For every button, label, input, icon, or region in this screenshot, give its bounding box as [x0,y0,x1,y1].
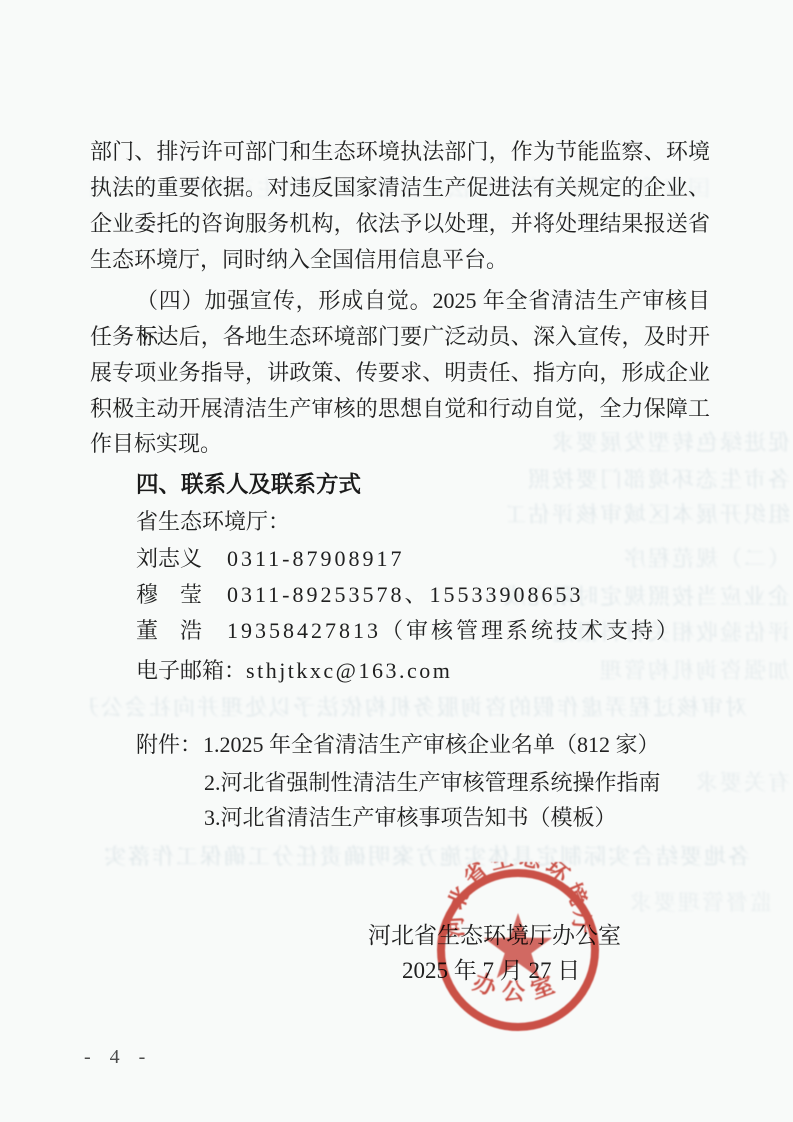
attachment-item: 1.2025 年全省清洁生产审核企业名单（812 家） [203,732,660,757]
attachments-label: 附件： [136,727,202,763]
seal-bottom-text: 办公室 [470,968,566,1004]
contact-name: 穆 莹 [136,577,203,613]
body-line: 企业委托的咨询服务机构，依法予以处理，并将处理结果报送省 [90,206,710,242]
bleedthrough-line: 对审核过程弄虚作假的咨询服务机构依法予以处理并向社会公开 [90,695,747,721]
department-label: 省生态环境厅： [136,504,710,540]
page-number: - 4 - [84,1044,152,1070]
contact-name: 董 浩 [136,613,203,649]
section-heading: 四、联系人及联系方式 [136,467,710,503]
bleedthrough-line: 各地要结合实际制定具体实施方案明确责任分工确保工作落实 [90,844,750,870]
svg-text:办公室: 办公室 [470,968,566,1004]
email-label: 电子邮箱： [136,658,246,683]
contact-name: 刘志义 [136,541,203,577]
attachment-item: 3.河北省清洁生产审核事项告知书（模板） [204,800,744,836]
body-line: 部门、排污许可部门和生态环境执法部门，作为节能监察、环境 [90,134,710,170]
official-seal: 河北省生态环境厅 办公室 [430,862,606,1038]
contact-phone: 0311-87908917 [227,541,405,577]
contact-row: 穆 莹 0311-89253578、15533908653 [136,577,710,613]
body-line: 展专项业务指导，讲政策、传要求、明责任、指方向，形成企业 [90,355,710,391]
body-line: 积极主动开展清洁生产审核的思想自觉和行动自觉，全力保障工 [90,391,710,427]
contact-phone: 0311-89253578、15533908653 [227,577,584,613]
body-line: 生态环境厅，同时纳入全国信用信息平台。 [90,242,710,278]
email-row: 电子邮箱：sthjtkxc@163.com [136,653,710,689]
email-address: sthjtkxc@163.com [246,658,452,683]
body-line: 执法的重要依据。对违反国家清洁生产促进法有关规定的企业、 [90,170,710,206]
contact-phone: 19358427813（审核管理系统技术支持） [227,613,681,649]
seal-star-icon [484,913,552,978]
body-line: 作目标实现。 [90,426,710,462]
bleedthrough-line: 监督管理要求 [602,890,772,916]
attachment-item: 2.河北省强制性清洁生产审核管理系统操作指南 [204,765,744,801]
contact-row: 董 浩 19358427813（审核管理系统技术支持） [136,613,710,649]
body-line: 任务下达后，各地生态环境部门要广泛动员、深入宣传，及时开 [90,319,710,355]
contact-row: 刘志义 0311-87908917 [136,541,710,577]
attachment-row: 附件：1.2025 年全省清洁生产审核企业名单（812 家） [136,727,736,763]
body-line: （四）加强宣传，形成自觉。2025 年全省清洁生产审核目标 [90,283,710,319]
document-page: 国家重点监控企业要依法实施强制性清洁生产审核并公开信息 促进绿色转型发展要求 各… [0,0,793,1122]
